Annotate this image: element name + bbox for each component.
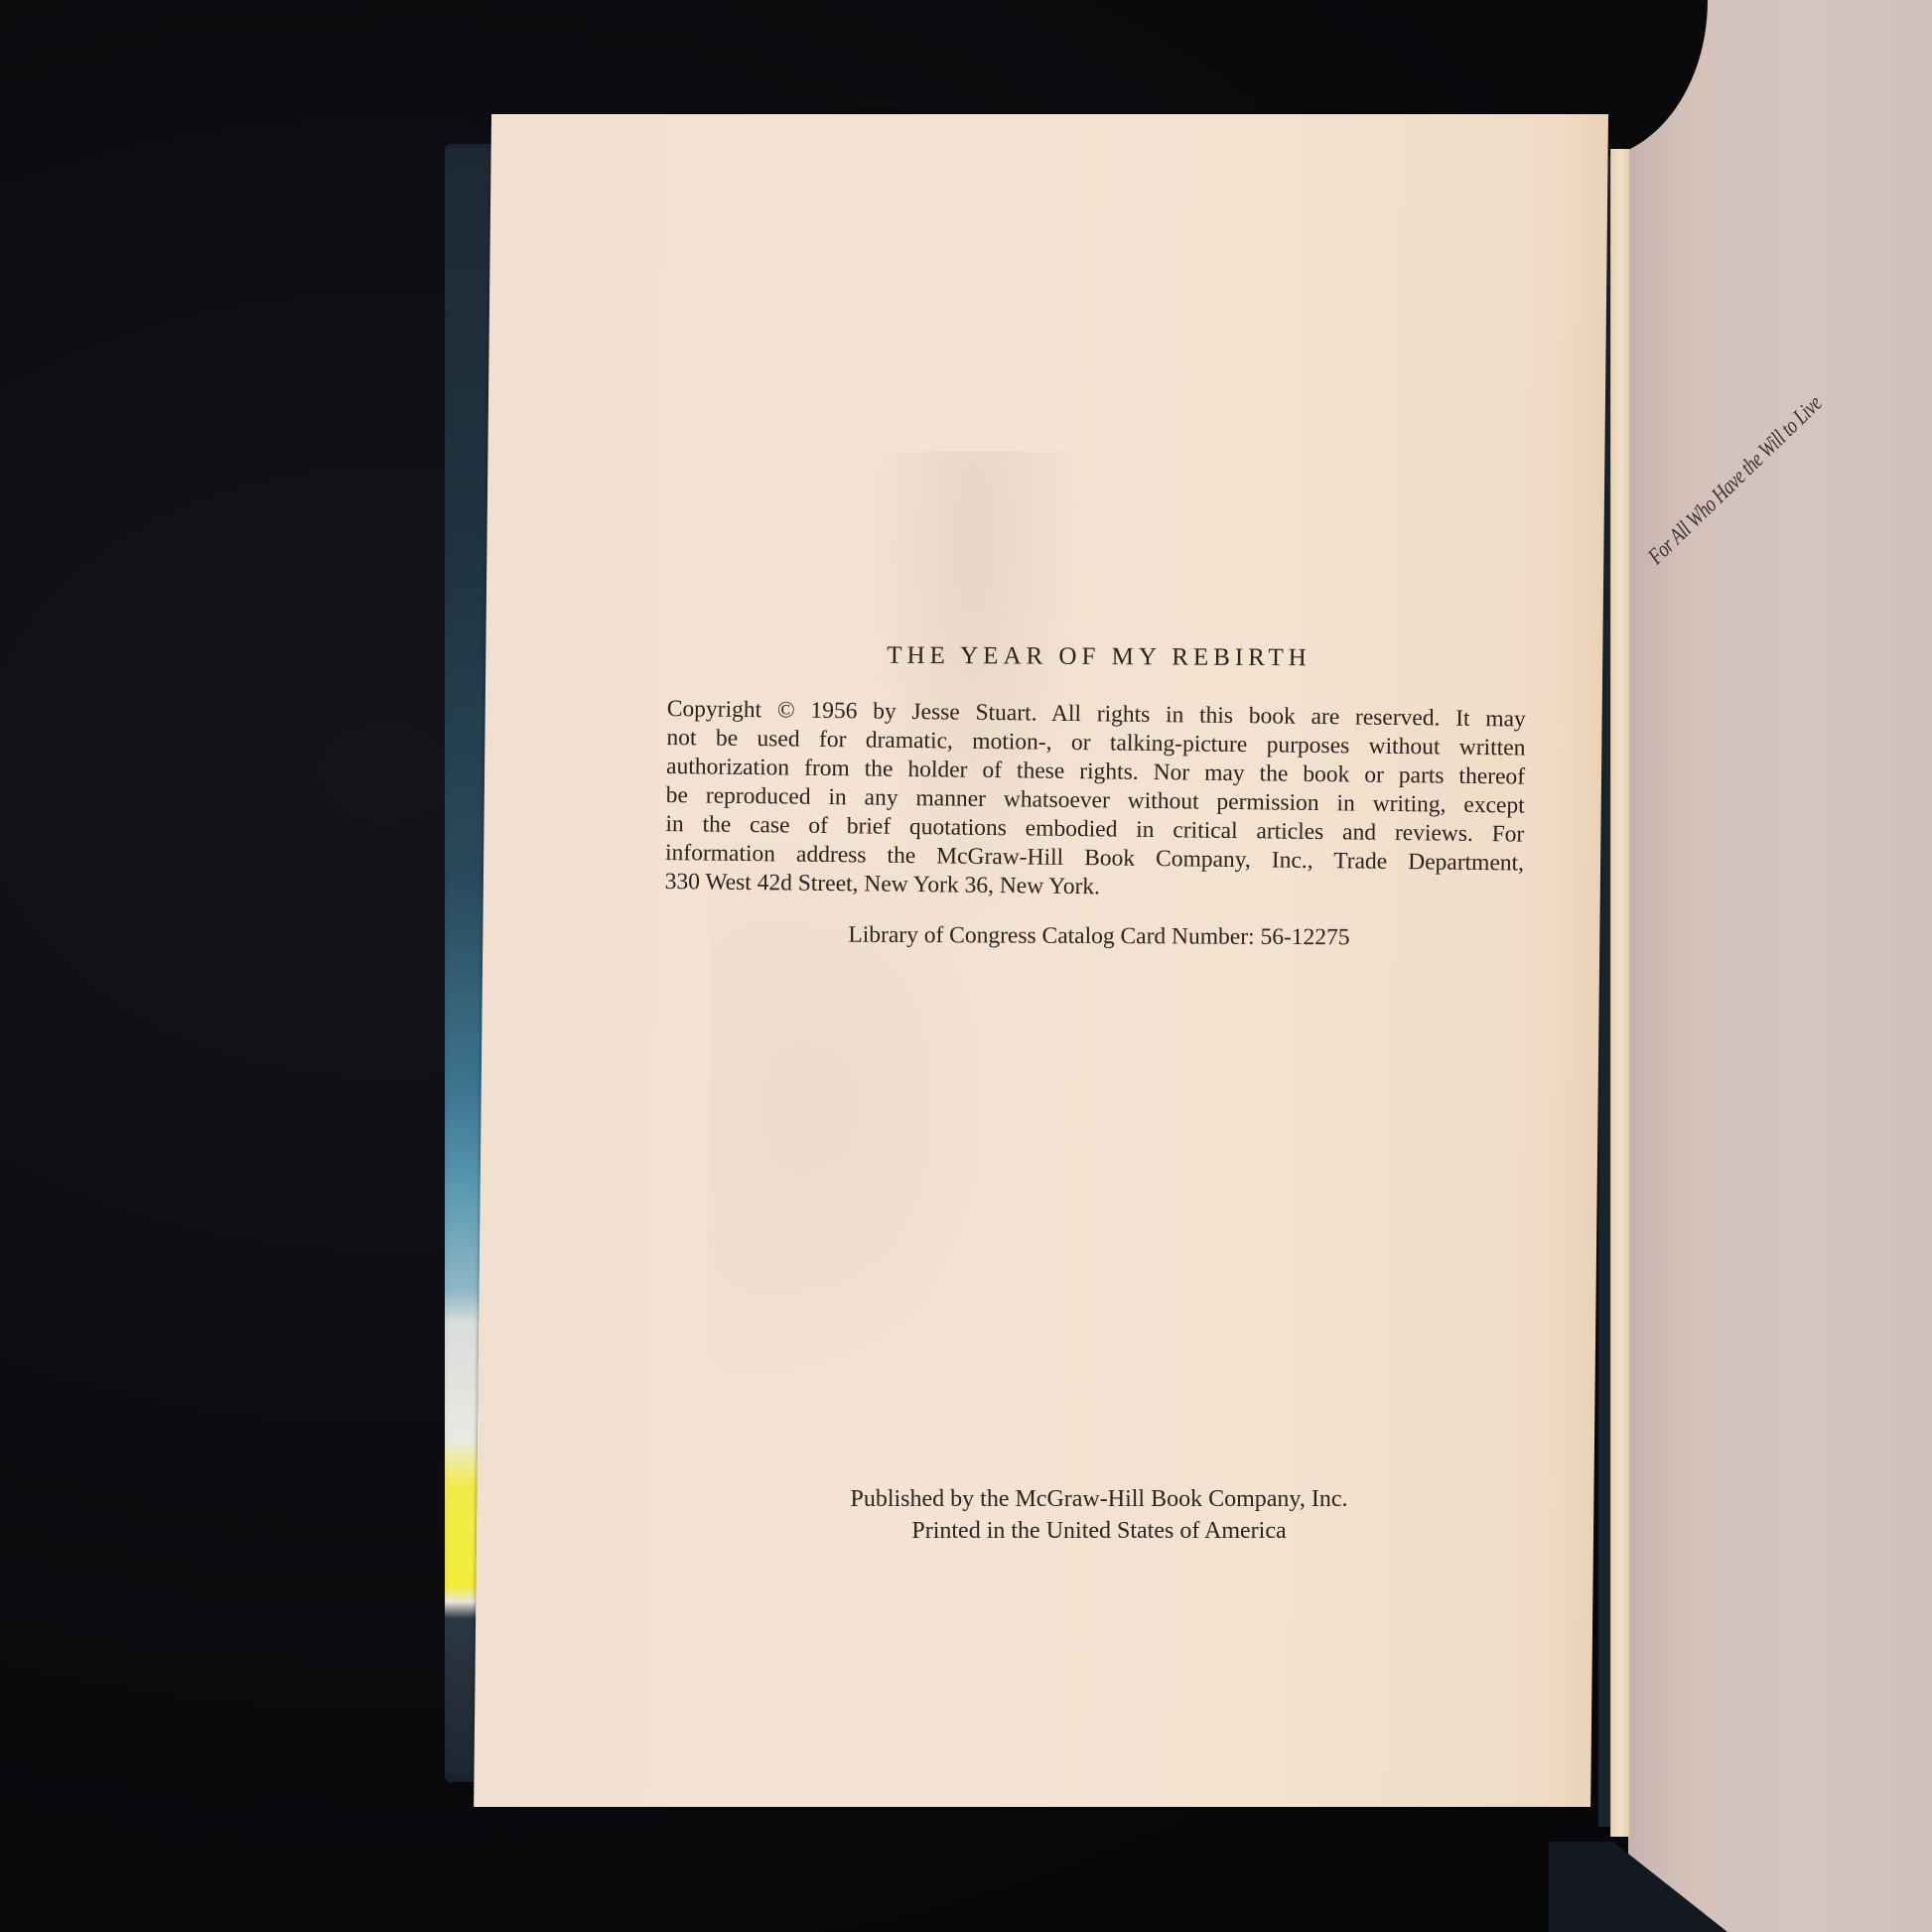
printed-in: Printed in the United States of America [667,1515,1531,1547]
library-of-congress-number: Library of Congress Catalog Card Number:… [667,921,1531,953]
copyright-notice: Copyright © 1956 by Jesse Stuart. All ri… [665,695,1526,907]
page-gutter [1610,149,1629,1837]
right-page [1628,0,1932,1932]
publisher-imprint: Published by the McGraw-Hill Book Compan… [667,1483,1531,1547]
book-title: THE YEAR OF MY REBIRTH [667,640,1531,673]
left-page [474,114,1608,1807]
published-by: Published by the McGraw-Hill Book Compan… [667,1483,1531,1515]
